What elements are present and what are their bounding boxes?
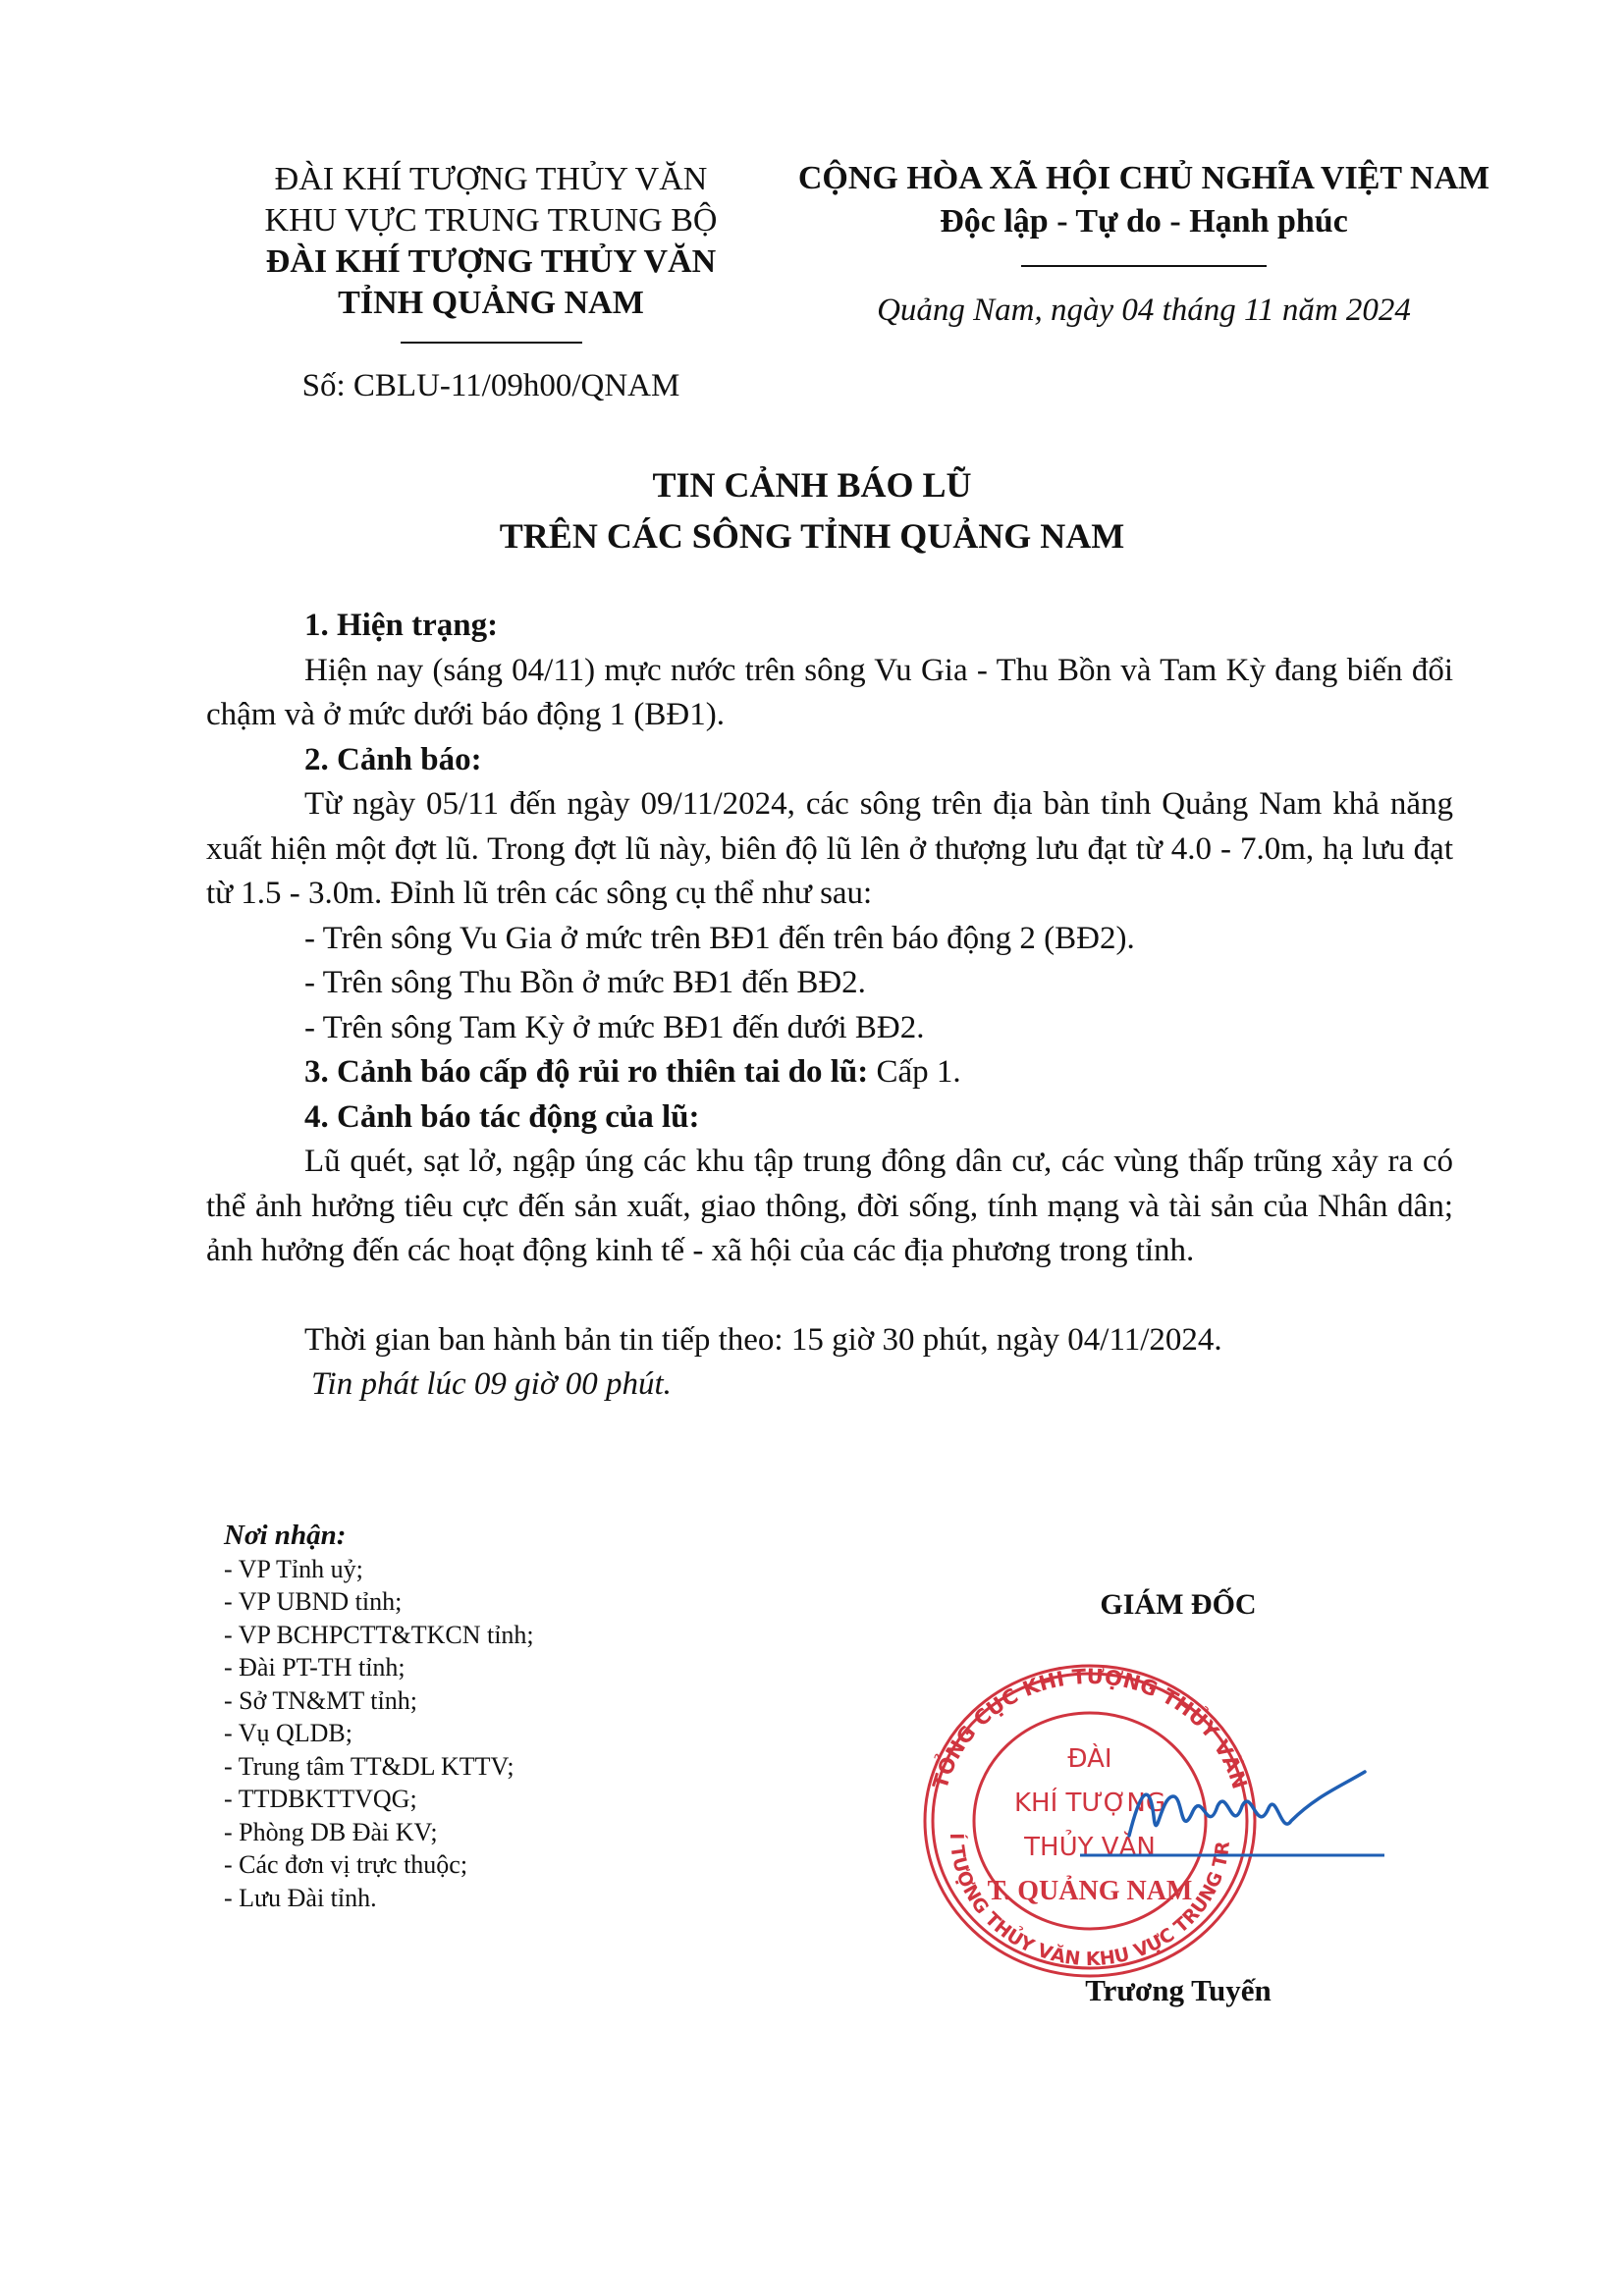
signer-role: GIÁM ĐỐC <box>943 1588 1414 1622</box>
recipient-item: - Vụ QLDB; <box>224 1717 676 1750</box>
agency-parent-line2: KHU VỰC TRUNG TRUNG BỘ <box>231 200 751 241</box>
section-heading: 2. Cảnh báo: <box>206 738 1453 783</box>
document-title: TIN CẢNH BÁO LŨ TRÊN CÁC SÔNG TỈNH QUẢNG… <box>0 459 1624 561</box>
section-paragraph: Từ ngày 05/11 đến ngày 09/11/2024, các s… <box>206 782 1453 917</box>
national-motto: Độc lập - Tự do - Hạnh phúc <box>771 200 1517 243</box>
recipient-item: - Phòng DB Đài KV; <box>224 1816 676 1849</box>
official-stamp: TỔNG CỤC KHÍ TƯỢNG THỦY VĂN ĐÀI KHÍ TƯỢN… <box>903 1649 1414 1983</box>
section-heading: 1. Hiện trạng: <box>206 604 1453 649</box>
recipient-item: - VP Tỉnh uỷ; <box>224 1553 676 1586</box>
section-paragraph: Hiện nay (sáng 04/11) mực nước trên sông… <box>206 649 1453 738</box>
issued-time: Tin phát lúc 09 giờ 00 phút. <box>206 1362 1453 1408</box>
list-item: - Trên sông Thu Bồn ở mức BĐ1 đến BĐ2. <box>206 961 1453 1006</box>
list-item: - Trên sông Vu Gia ở mức trên BĐ1 đến tr… <box>206 917 1453 962</box>
svg-text:THỦY VĂN: THỦY VĂN <box>1023 1829 1156 1862</box>
recipient-item: - VP UBND tỉnh; <box>224 1585 676 1619</box>
issuing-agency-block: ĐÀI KHÍ TƯỢNG THỦY VĂN KHU VỰC TRUNG TRU… <box>231 159 751 406</box>
signer-name: Trương Tuyến <box>943 1973 1414 2008</box>
title-line1: TIN CẢNH BÁO LŨ <box>0 459 1624 510</box>
document-number: Số: CBLU-11/09h00/QNAM <box>231 365 751 406</box>
national-header-block: CỘNG HÒA XÃ HỘI CHỦ NGHĨA VIỆT NAM Độc l… <box>771 157 1517 332</box>
national-title: CỘNG HÒA XÃ HỘI CHỦ NGHĨA VIỆT NAM <box>771 157 1517 200</box>
svg-text:T. QUẢNG NAM: T. QUẢNG NAM <box>988 1876 1193 1906</box>
risk-level-line: 3. Cảnh báo cấp độ rủi ro thiên tai do l… <box>206 1050 1453 1095</box>
next-issue-time: Thời gian ban hành bản tin tiếp theo: 15… <box>206 1318 1453 1363</box>
recipients-block: Nơi nhận: - VP Tỉnh uỷ; - VP UBND tỉnh; … <box>224 1520 676 1914</box>
agency-parent-line1: ĐÀI KHÍ TƯỢNG THỦY VĂN <box>231 159 751 200</box>
section-paragraph: Lũ quét, sạt lở, ngập úng các khu tập tr… <box>206 1140 1453 1274</box>
recipient-item: - VP BCHPCTT&TKCN tỉnh; <box>224 1619 676 1652</box>
recipient-item: - Sở TN&MT tỉnh; <box>224 1684 676 1718</box>
svg-text:KHÍ TƯỢNG: KHÍ TƯỢNG <box>1014 1787 1165 1818</box>
divider <box>1021 265 1267 267</box>
recipient-item: - Đài PT-TH tỉnh; <box>224 1651 676 1684</box>
recipient-item: - Các đơn vị trực thuộc; <box>224 1848 676 1882</box>
agency-name-line2: TỈNH QUẢNG NAM <box>231 283 751 324</box>
recipient-item: - Lưu Đài tỉnh. <box>224 1882 676 1915</box>
list-item: - Trên sông Tam Kỳ ở mức BĐ1 đến dưới BĐ… <box>206 1006 1453 1051</box>
svg-text:ĐÀI: ĐÀI <box>1067 1742 1111 1774</box>
recipients-label: Nơi nhận: <box>224 1520 676 1553</box>
title-line2: TRÊN CÁC SÔNG TỈNH QUẢNG NAM <box>0 510 1624 561</box>
section-heading: 4. Cảnh báo tác động của lũ: <box>206 1095 1453 1141</box>
section-heading: 3. Cảnh báo cấp độ rủi ro thiên tai do l… <box>304 1054 868 1090</box>
recipient-item: - TTDBKTTVQG; <box>224 1783 676 1816</box>
recipient-item: - Trung tâm TT&DL KTTV; <box>224 1750 676 1784</box>
signature-role-block: GIÁM ĐỐC <box>943 1588 1414 1622</box>
divider <box>401 342 582 344</box>
risk-level-value: Cấp 1. <box>868 1054 960 1090</box>
agency-name-line1: ĐÀI KHÍ TƯỢNG THỦY VĂN <box>231 241 751 283</box>
document-body: 1. Hiện trạng: Hiện nay (sáng 04/11) mực… <box>206 604 1453 1408</box>
place-date: Quảng Nam, ngày 04 tháng 11 năm 2024 <box>771 289 1517 332</box>
